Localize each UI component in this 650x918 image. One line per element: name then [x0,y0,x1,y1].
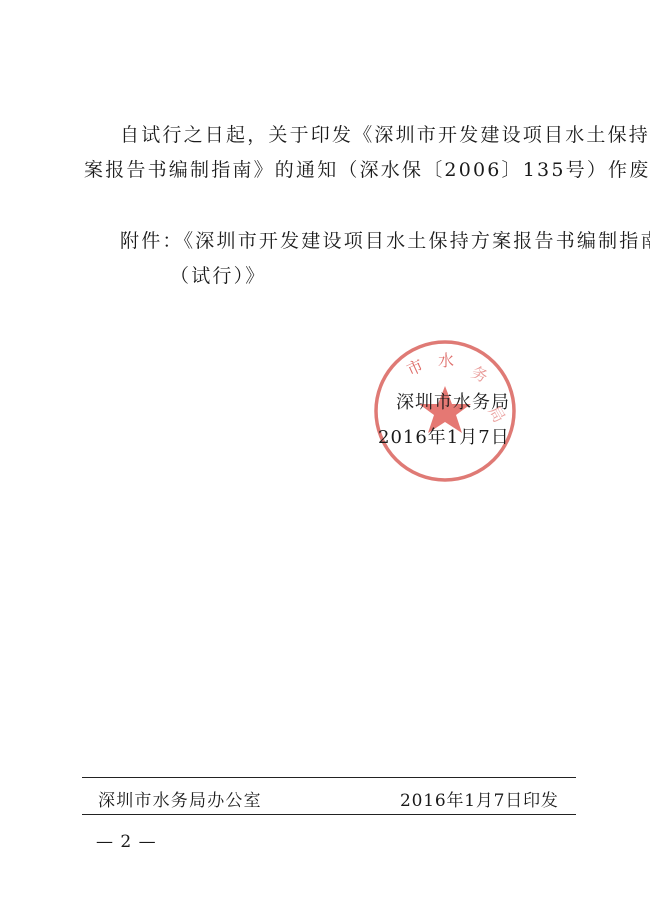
attachment-line-1: 附件：《深圳市开发建设项目水土保持方案报告书编制指南 [120,229,650,253]
footer-top-rule [82,777,576,778]
paragraph-1-line-1: 自试行之日起，关于印发《深圳市开发建设项目水土保持方 [120,123,650,147]
signature-organization: 深圳市水务局 [396,388,510,414]
footer-issue-date: 2016年1月7日印发 [400,786,559,811]
attachment-line-2: （试行）》 [170,264,267,288]
footer-issuer: 深圳市水务局办公室 [98,786,262,811]
svg-text:市: 市 [404,356,427,380]
svg-text:水: 水 [438,351,454,370]
page-number: — 2 — [96,832,157,852]
footer-bottom-rule [82,814,576,815]
paragraph-1-line-2: 案报告书编制指南》的通知（深水保〔2006〕135号）作废。 [84,158,650,182]
signature-date: 2016年1月7日 [378,423,510,449]
svg-text:务: 务 [468,362,491,386]
